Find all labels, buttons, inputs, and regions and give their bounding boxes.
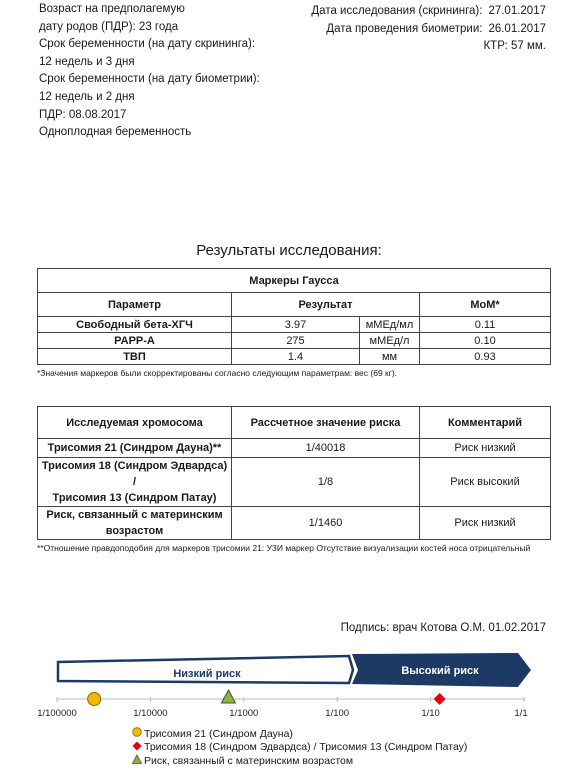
trisomy21-marker (88, 693, 101, 706)
results-title: Результаты исследования: (0, 242, 578, 259)
info-line: дату родов (ПДР): 23 года (39, 19, 260, 37)
marker-unit: мМЕд/мл (360, 317, 420, 333)
risk-scale-chart: Низкий рискВысокий риск 1/1000001/100001… (0, 650, 578, 730)
tick-label: 1/1000 (229, 708, 258, 719)
tick-label: 1/100 (325, 708, 349, 719)
screening-date: 27.01.2017 (488, 3, 546, 21)
biometry-date: 26.01.2017 (488, 21, 546, 39)
marker-unit: мм (360, 349, 420, 365)
trisomy18-13-marker (434, 693, 446, 705)
chromosome-name: Трисомия 18 (Синдром Эдвардса) /Трисомия… (38, 458, 232, 507)
chromosome-name: Трисомия 21 (Синдром Дауна)** (38, 439, 232, 458)
risk-comment: Риск низкий (420, 439, 551, 458)
patient-info: Возраст на предполагемую дату родов (ПДР… (39, 1, 260, 142)
name-line: Риск, связанный с материнским (46, 509, 222, 521)
screening-date-label: Дата исследования (скрининга): (311, 5, 482, 17)
info-line: Срок беременности (на дату биометрии): (39, 71, 260, 89)
diamond-marker-icon (131, 741, 142, 755)
risk-footnote: **Отношение правдоподобия для маркеров т… (37, 541, 537, 556)
info-line: Срок беременности (на дату скрининга): (39, 36, 260, 54)
marker-unit: мМЕд/л (360, 333, 420, 349)
info-line: 12 недель и 2 дня (39, 89, 260, 107)
marker-value: 3.97 (232, 317, 360, 333)
tick-label: 1/10000 (133, 708, 167, 719)
legend-label: Трисомия 18 (Синдром Эдвардса) / Трисоми… (144, 741, 467, 754)
name-line: возрастом (106, 525, 164, 537)
legend-label: Риск, связанный с материнским возрастом (144, 755, 353, 768)
circle-marker-icon (131, 727, 142, 741)
marker-mom: 0.93 (420, 349, 551, 365)
name-line: Трисомия 13 (Синдром Патау) (53, 492, 217, 504)
biometry-date-label: Дата проведения биометрии: (326, 23, 482, 35)
header-risk: Рассчетное значение риска (232, 407, 420, 439)
marker-name: PAPP-A (38, 333, 232, 349)
header-parameter: Параметр (38, 293, 232, 317)
markers-table-caption: Маркеры Гаусса (38, 269, 551, 293)
table-row: Риск, связанный с материнскимвозрастом 1… (38, 507, 551, 540)
ktr-value: КТР: 57 мм. (311, 38, 546, 56)
tick-label: 1/1 (514, 708, 527, 719)
info-line: 12 недель и 3 дня (39, 54, 260, 72)
marker-value: 1.4 (232, 349, 360, 365)
marker-name: Свободный бета-ХГЧ (38, 317, 232, 333)
table-row: ТВП 1.4 мм 0.93 (38, 349, 551, 365)
marker-mom: 0.10 (420, 333, 551, 349)
info-line: Одноплодная беременность (39, 124, 260, 142)
tick-label: 1/100000 (37, 708, 77, 719)
chart-legend: Трисомия 21 (Синдром Дауна) Трисомия 18 … (131, 727, 467, 768)
risk-table: Исследуемая хромосома Рассчетное значени… (37, 406, 551, 540)
legend-item: Трисомия 21 (Синдром Дауна) (131, 727, 467, 741)
name-line: Трисомия 18 (Синдром Эдвардса) / (42, 460, 227, 488)
chromosome-name: Риск, связанный с материнскимвозрастом (38, 507, 232, 540)
table-row: Трисомия 18 (Синдром Эдвардса) /Трисомия… (38, 458, 551, 507)
markers-footnote: *Значения маркеров были скорректированы … (37, 368, 397, 378)
info-line: ПДР: 08.08.2017 (39, 107, 260, 125)
markers-table: Маркеры Гаусса Параметр Результат MoM* С… (37, 268, 551, 365)
risk-value: 1/1460 (232, 507, 420, 540)
marker-name: ТВП (38, 349, 232, 365)
high-risk-label: Высокий риск (401, 665, 479, 677)
signature: Подпись: врач Котова О.М. 01.02.2017 (341, 622, 546, 634)
risk-value: 1/40018 (232, 439, 420, 458)
low-risk-label: Низкий риск (173, 668, 241, 680)
risk-comment: Риск высокий (420, 458, 551, 507)
table-row: Трисомия 21 (Синдром Дауна)** 1/40018 Ри… (38, 439, 551, 458)
table-row: PAPP-A 275 мМЕд/л 0.10 (38, 333, 551, 349)
legend-label: Трисомия 21 (Синдром Дауна) (144, 728, 293, 741)
risk-value: 1/8 (232, 458, 420, 507)
triangle-marker-icon (131, 754, 142, 768)
exam-info: Дата исследования (скрининга):27.01.2017… (311, 3, 546, 56)
maternal-age-marker (221, 690, 235, 703)
marker-value: 275 (232, 333, 360, 349)
header-result: Результат (232, 293, 420, 317)
risk-comment: Риск низкий (420, 507, 551, 540)
header-chromosome: Исследуемая хромосома (38, 407, 232, 439)
legend-item: Риск, связанный с материнским возрастом (131, 754, 467, 768)
table-row: Свободный бета-ХГЧ 3.97 мМЕд/мл 0.11 (38, 317, 551, 333)
header-mom: MoM* (420, 293, 551, 317)
info-line: Возраст на предполагемую (39, 1, 260, 19)
legend-item: Трисомия 18 (Синдром Эдвардса) / Трисоми… (131, 741, 467, 755)
tick-label: 1/10 (421, 708, 440, 719)
marker-mom: 0.11 (420, 317, 551, 333)
header-comment: Комментарий (420, 407, 551, 439)
